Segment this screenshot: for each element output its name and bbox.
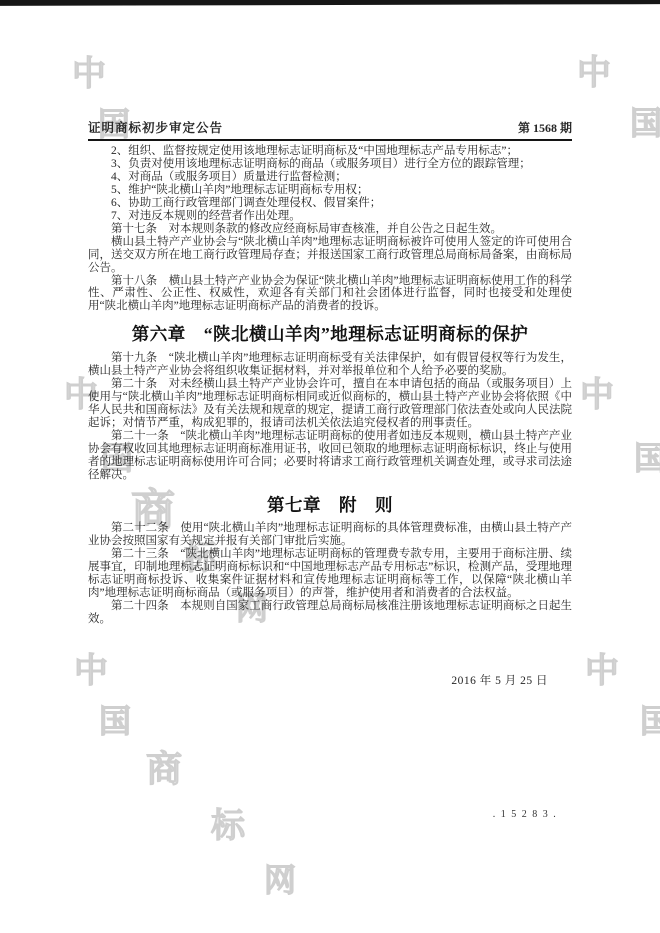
body-paragraph: 5、维护“陕北横山羊肉”地理标志证明商标专用权； [88,184,572,197]
watermark-glyph-icon: 国 [634,442,660,474]
intro-section: 2、组织、监督按规定使用该地理标志证明商标及“中国地理标志产品专用标志”；3、负… [88,145,572,313]
body-paragraph: 第十八条 横山县土特产产业协会为保证“陕北横山羊肉”地理标志证明商标使用工作的科… [88,275,572,314]
chapter-six-heading: 第六章 “陕北横山羊肉”地理标志证明商标的保护 [88,328,572,341]
gazette-page: { "header": { "title": "证明商标初步审定公告", "is… [0,0,660,933]
header-issue-number: 第 1568 期 [518,119,572,136]
watermark-glyph-icon: 中 [577,56,611,90]
body-paragraph: 第二十条 对未经横山县土特产产业协会许可，擅自在本申请包括的商品（或服务项目）上… [88,378,572,430]
scan-border-top [0,0,660,6]
body-paragraph: 第二十二条 使用“陕北横山羊肉”地理标志证明商标的具体管理费标准，由横山县土特产… [88,522,572,548]
chapter-seven-section: 第二十二条 使用“陕北横山羊肉”地理标志证明商标的具体管理费标准，由横山县土特产… [88,522,572,626]
body-paragraph: 第二十四条 本规则自国家工商行政管理总局商标局核准注册该地理标志证明商标之日起生… [88,600,572,626]
body-paragraph: 6、协助工商行政管理部门调查处理侵权、假冒案件； [88,197,572,210]
body-paragraph: 第二十一条 “陕北横山羊肉”地理标志证明商标的使用者如违反本规则，横山县土特产产… [88,430,572,482]
body-paragraph: 2、组织、监督按规定使用该地理标志证明商标及“中国地理标志产品专用标志”； [88,145,572,158]
body-paragraph: 第十七条 对本规则条款的修改应经商标局审查核准，并自公告之日起生效。 [88,223,572,236]
body-paragraph: 4、对商品（或服务项目）质量进行监督检测； [88,171,572,184]
page-number: . 1 5 2 8 3 . [470,809,580,820]
page-content: 证明商标初步审定公告 第 1568 期 2、组织、监督按规定使用该地理标志证明商… [88,118,572,878]
header-title: 证明商标初步审定公告 [88,118,223,136]
publish-date: 2016 年 5 月 25 日 [451,672,548,688]
body-paragraph: 横山县土特产产业协会与“陕北横山羊肉”地理标志证明商标被许可使用人签定的许可使用… [88,236,572,275]
body-paragraph: 第二十三条 “陕北横山羊肉”地理标志证明商标的管理费专款专用，主要用于商标注册、… [88,548,572,600]
watermark-glyph-icon: 国 [640,705,660,737]
chapter-six-section: 第十九条 “陕北横山羊肉”地理标志证明商标受有关法律保护，如有假冒侵权等行为发生… [88,352,572,482]
watermark-glyph-icon: 中 [72,57,106,91]
watermark-glyph-icon: 中 [585,654,619,688]
body-paragraph: 7、对违反本规则的经营者作出处理。 [88,210,572,223]
watermark-glyph-icon: 国 [630,107,660,139]
chapter-seven-heading: 第七章 附 则 [88,499,572,512]
page-header: 证明商标初步审定公告 第 1568 期 [88,118,572,141]
body-paragraph: 第十九条 “陕北横山羊肉”地理标志证明商标受有关法律保护，如有假冒侵权等行为发生… [88,352,572,378]
body-paragraph: 3、负责对使用该地理标志证明商标的商品（或服务项目）进行全方位的跟踪管理； [88,158,572,171]
watermark-glyph-icon: 中 [580,378,614,412]
document-body: 2、组织、监督按规定使用该地理标志证明商标及“中国地理标志产品专用标志”；3、负… [88,145,572,625]
